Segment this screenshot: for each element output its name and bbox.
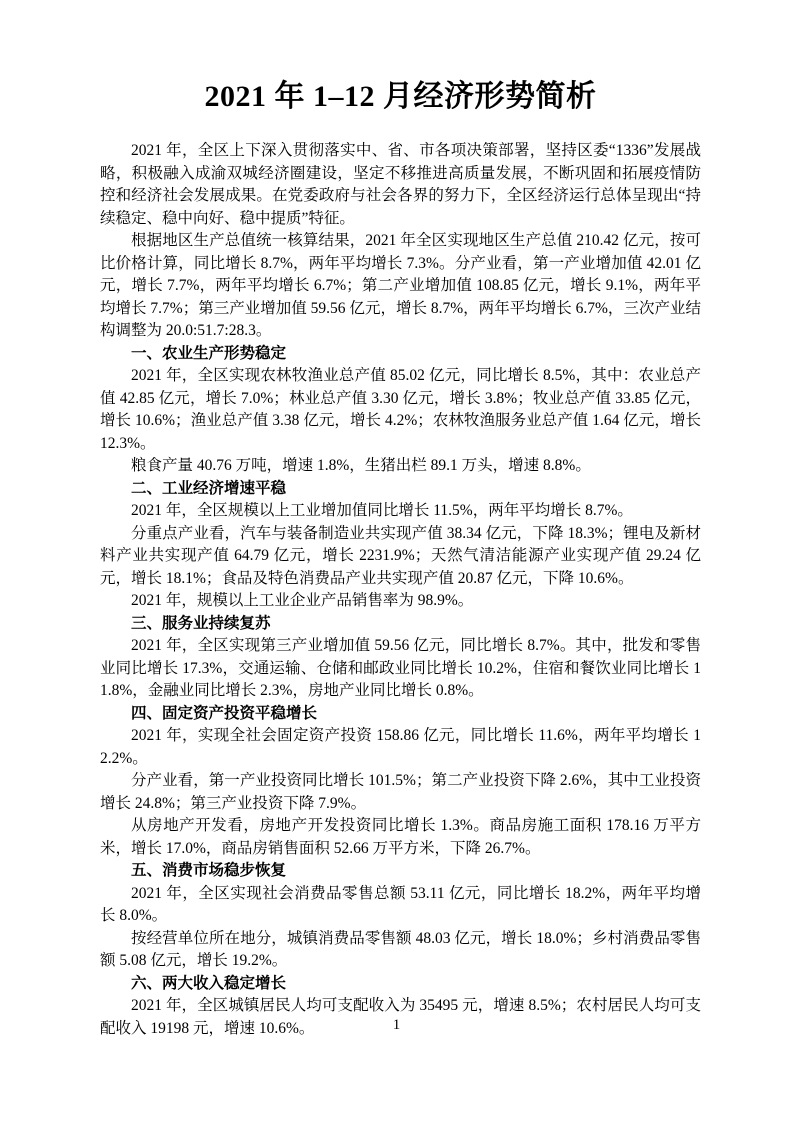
page-number: 1 <box>0 1014 793 1036</box>
section-heading: 六、两大收入稳定增长 <box>100 973 701 996</box>
section-heading: 二、工业经济增速平稳 <box>100 478 701 501</box>
section-heading: 三、服务业持续复苏 <box>100 613 701 636</box>
body-paragraph: 按经营单位所在地分，城镇消费品零售额 48.03 亿元，增长 18.0%；乡村消… <box>100 928 701 973</box>
body-paragraph: 分重点产业看，汽车与装备制造业共实现产值 38.34 亿元，下降 18.3%；锂… <box>100 523 701 591</box>
document-body: 2021 年，全区上下深入贯彻落实中、省、市各项决策部署，坚持区委“1336”发… <box>100 140 701 1040</box>
body-paragraph: 2021 年，全区实现农林牧渔业总产值 85.02 亿元，同比增长 8.5%，其… <box>100 365 701 455</box>
section-heading: 一、农业生产形势稳定 <box>100 343 701 366</box>
body-paragraph: 2021 年，全区实现第三产业增加值 59.56 亿元，同比增长 8.7%。其中… <box>100 635 701 703</box>
document-title: 2021 年 1–12 月经济形势简析 <box>100 76 701 118</box>
body-paragraph: 2021 年，全区规模以上工业增加值同比增长 11.5%，两年平均增长 8.7%… <box>100 500 701 523</box>
body-paragraph: 根据地区生产总值统一核算结果，2021 年全区实现地区生产总值 210.42 亿… <box>100 230 701 343</box>
body-paragraph: 2021 年，全区实现社会消费品零售总额 53.11 亿元，同比增长 18.2%… <box>100 883 701 928</box>
document-content: 2021 年 1–12 月经济形势简析 2021 年，全区上下深入贯彻落实中、省… <box>100 76 701 1040</box>
body-paragraph: 2021 年，全区上下深入贯彻落实中、省、市各项决策部署，坚持区委“1336”发… <box>100 140 701 230</box>
body-paragraph: 分产业看，第一产业投资同比增长 101.5%；第二产业投资下降 2.6%，其中工… <box>100 770 701 815</box>
body-paragraph: 2021 年，实现全社会固定资产投资 158.86 亿元，同比增长 11.6%，… <box>100 725 701 770</box>
body-paragraph: 粮食产量 40.76 万吨，增速 1.8%，生猪出栏 89.1 万头，增速 8.… <box>100 455 701 478</box>
section-heading: 五、消费市场稳步恢复 <box>100 860 701 883</box>
section-heading: 四、固定资产投资平稳增长 <box>100 703 701 726</box>
body-paragraph: 2021 年，规模以上工业企业产品销售率为 98.9%。 <box>100 590 701 613</box>
body-paragraph: 从房地产开发看，房地产开发投资同比增长 1.3%。商品房施工面积 178.16 … <box>100 815 701 860</box>
document-page: 2021 年 1–12 月经济形势简析 2021 年，全区上下深入贯彻落实中、省… <box>0 0 793 1122</box>
